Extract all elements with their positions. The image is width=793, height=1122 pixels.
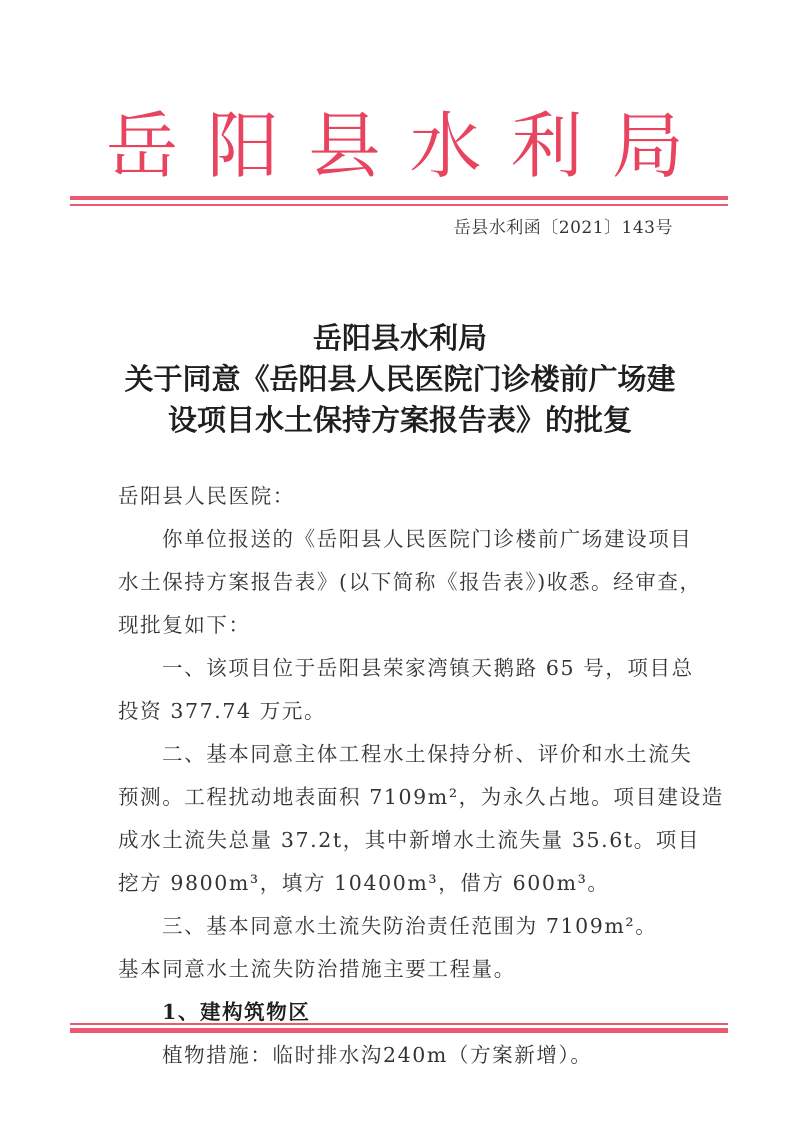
addressee: 岳阳县人民医院： — [118, 475, 674, 518]
document-body: 岳阳县人民医院： 你单位报送的《岳阳县人民医院门诊楼前广场建设项目 水土保持方案… — [118, 475, 674, 1077]
footer-divider-thick — [70, 1028, 728, 1033]
body-line: 挖方 9800m³，填方 10400m³，借方 600m³。 — [118, 862, 674, 905]
masthead-title: 岳 阳 县 水 利 局 — [100, 104, 690, 188]
body-line: 预测。工程扰动地表面积 7109m²，为永久占地。项目建设造 — [118, 776, 674, 819]
body-line: 二、基本同意主体工程水土保持分析、评价和水土流失 — [118, 733, 674, 776]
masthead-char: 水 — [404, 104, 488, 188]
body-line: 三、基本同意水土流失防治责任范围为 7109m²。 — [118, 905, 674, 948]
masthead-divider-thin — [70, 204, 728, 206]
masthead-char: 利 — [505, 104, 589, 188]
masthead-char: 局 — [606, 104, 690, 188]
body-line: 水土保持方案报告表》(以下简称《报告表》)收悉。经审查， — [118, 561, 674, 604]
masthead-char: 岳 — [100, 104, 184, 188]
title-line-3: 设项目水土保持方案报告表》的批复 — [100, 400, 700, 441]
title-line-1: 岳阳县水利局 — [100, 318, 700, 359]
body-line: 投资 377.74 万元。 — [118, 690, 674, 733]
masthead-char: 县 — [302, 104, 386, 188]
body-line: 基本同意水土流失防治措施主要工程量。 — [118, 948, 674, 991]
masthead-divider-thick — [70, 196, 728, 200]
body-line: 你单位报送的《岳阳县人民医院门诊楼前广场建设项目 — [118, 518, 674, 561]
body-line: 现批复如下： — [118, 604, 674, 647]
document-number: 岳县水利函〔2021〕143号 — [454, 216, 673, 240]
body-line: 植物措施：临时排水沟240m（方案新增）。 — [118, 1034, 674, 1077]
masthead-char: 阳 — [201, 104, 285, 188]
body-line: 成水土流失总量 37.2t，其中新增水土流失量 35.6t。项目 — [118, 819, 674, 862]
document-title: 岳阳县水利局 关于同意《岳阳县人民医院门诊楼前广场建 设项目水土保持方案报告表》… — [100, 318, 700, 441]
footer-divider-thin — [70, 1023, 728, 1025]
body-line: 一、该项目位于岳阳县荣家湾镇天鹅路 65 号，项目总 — [118, 647, 674, 690]
title-line-2: 关于同意《岳阳县人民医院门诊楼前广场建 — [100, 359, 700, 400]
